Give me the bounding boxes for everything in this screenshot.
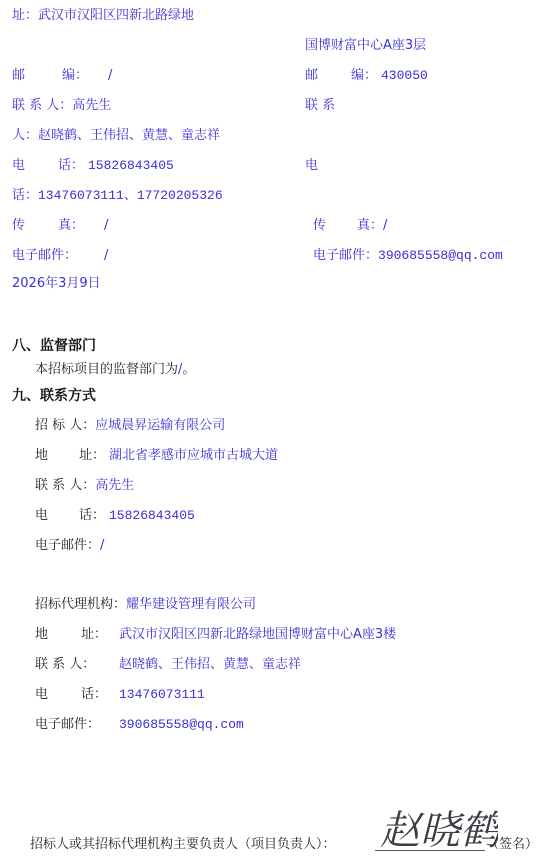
agency-label: 招标代理机构： bbox=[35, 597, 126, 612]
email-label: 电子邮件： bbox=[35, 717, 119, 733]
phone-label-b: 话： bbox=[79, 508, 109, 524]
phone-label-a: 电 bbox=[35, 508, 79, 524]
section-8-heading: 八、监督部门 bbox=[12, 338, 96, 354]
signature-underline bbox=[375, 850, 485, 851]
address-continued-left: 址：武汉市汉阳区四新北路绿地 bbox=[12, 8, 194, 24]
tenderer-value: 应城晨昇运输有限公司 bbox=[95, 418, 225, 433]
phone-continued: 话：13476073111、17720205326 bbox=[12, 188, 223, 204]
tenderer-contact-value: 高先生 bbox=[95, 478, 134, 493]
email-value: / bbox=[104, 248, 108, 263]
left-contact-row: 联 系 人：高先生 bbox=[12, 98, 111, 114]
left-email-row: 电子邮件：/ bbox=[12, 248, 108, 264]
agency-address-row: 地址：武汉市汉阳区四新北路绿地国博财富中心A座3楼 bbox=[35, 627, 396, 643]
email-label: 电子邮件： bbox=[12, 248, 104, 264]
tenderer-phone-row: 电话：15826843405 bbox=[35, 508, 195, 524]
agency-email-link[interactable]: 390685558@qq.com bbox=[119, 717, 244, 732]
fax-label-b: 真： bbox=[58, 218, 104, 234]
signature-suffix: （签名） bbox=[486, 837, 537, 853]
fax-value: / bbox=[383, 218, 387, 233]
fax-label-b: 真： bbox=[357, 218, 383, 234]
notice-date: 2026年3月9日 bbox=[12, 276, 101, 292]
agency-contact-value: 赵晓鹤、王伟招、黄慧、童志祥 bbox=[119, 657, 301, 672]
postcode-label-a: 邮 bbox=[12, 68, 62, 84]
right-postcode-row: 邮编：430050 bbox=[305, 68, 428, 84]
tenderer-email-row: 电子邮件：/ bbox=[35, 538, 104, 554]
address-label-b: 址： bbox=[79, 448, 109, 464]
phone-label-a: 电 bbox=[35, 687, 81, 703]
left-fax-row: 传真：/ bbox=[12, 218, 108, 234]
right-contact-label: 联 系 bbox=[305, 98, 335, 114]
agency-email-row: 电子邮件：390685558@qq.com bbox=[35, 717, 244, 733]
tenderer-email-value: / bbox=[100, 538, 104, 553]
tenderer-address-row: 地址：湖北省孝感市应城市古城大道 bbox=[35, 448, 278, 464]
postcode-label-b: 编： bbox=[351, 68, 381, 84]
phone-label-b: 话： bbox=[58, 158, 88, 174]
phone-value: 15826843405 bbox=[88, 158, 174, 173]
email-label: 电子邮件： bbox=[35, 538, 100, 553]
fax-label-a: 传 bbox=[313, 218, 357, 234]
agency-address-value: 武汉市汉阳区四新北路绿地国博财富中心A座3楼 bbox=[119, 627, 396, 642]
agency-phone-value: 13476073111 bbox=[119, 687, 205, 702]
right-fax-row: 传真：/ bbox=[313, 218, 387, 234]
supervision-suffix: 。 bbox=[182, 362, 195, 377]
contact-label: 联 系 人： bbox=[35, 478, 95, 493]
handwritten-signature: 赵晓鹤 bbox=[378, 796, 498, 856]
fax-label-a: 传 bbox=[12, 218, 58, 234]
contact-value: 高先生 bbox=[72, 98, 111, 113]
section-8-body: 本招标项目的监督部门为/。 bbox=[35, 362, 195, 378]
tenderer-name-row: 招 标 人：应城晨昇运输有限公司 bbox=[35, 418, 225, 434]
tenderer-address-value: 湖北省孝感市应城市古城大道 bbox=[109, 448, 278, 463]
contact-continued: 人：赵晓鹤、王伟招、黄慧、童志祥 bbox=[12, 128, 220, 144]
contact-label: 联 系 人： bbox=[12, 98, 72, 113]
phone-label-b: 话： bbox=[81, 687, 119, 703]
right-phone-label: 电 bbox=[305, 158, 318, 174]
svg-text:赵晓鹤: 赵晓鹤 bbox=[380, 808, 498, 854]
section-9-heading: 九、联系方式 bbox=[12, 388, 96, 404]
agency-contact-row: 联 系 人：赵晓鹤、王伟招、黄慧、童志祥 bbox=[35, 657, 301, 673]
left-postcode-row: 邮编：/ bbox=[12, 68, 112, 84]
email-link[interactable]: 390685558@qq.com bbox=[378, 248, 503, 263]
postcode-label-b: 编： bbox=[62, 68, 108, 84]
agency-phone-row: 电话：13476073111 bbox=[35, 687, 205, 703]
left-phone-row: 电话：15826843405 bbox=[12, 158, 174, 174]
supervision-text: 本招标项目的监督部门为 bbox=[35, 362, 178, 377]
contact-label: 联 系 人： bbox=[35, 657, 119, 673]
email-label: 电子邮件： bbox=[313, 248, 378, 263]
postcode-value: 430050 bbox=[381, 68, 428, 83]
address-label-a: 地 bbox=[35, 627, 81, 643]
agency-name-row: 招标代理机构：耀华建设管理有限公司 bbox=[35, 597, 256, 613]
tenderer-label: 招 标 人： bbox=[35, 418, 95, 433]
postcode-label-a: 邮 bbox=[305, 68, 351, 84]
address-label-b: 址： bbox=[81, 627, 119, 643]
tenderer-contact-row: 联 系 人：高先生 bbox=[35, 478, 134, 494]
phone-label-a: 电 bbox=[12, 158, 58, 174]
fax-value: / bbox=[104, 218, 108, 233]
address-label-a: 地 bbox=[35, 448, 79, 464]
right-email-row: 电子邮件：390685558@qq.com bbox=[313, 248, 503, 264]
postcode-value: / bbox=[108, 68, 112, 83]
address-continued-right: 国博财富中心A座3层 bbox=[305, 38, 426, 54]
agency-value: 耀华建设管理有限公司 bbox=[126, 597, 256, 612]
signature-label: 招标人或其招标代理机构主要负责人（项目负责人）： bbox=[30, 837, 336, 853]
tenderer-phone-value: 15826843405 bbox=[109, 508, 195, 523]
